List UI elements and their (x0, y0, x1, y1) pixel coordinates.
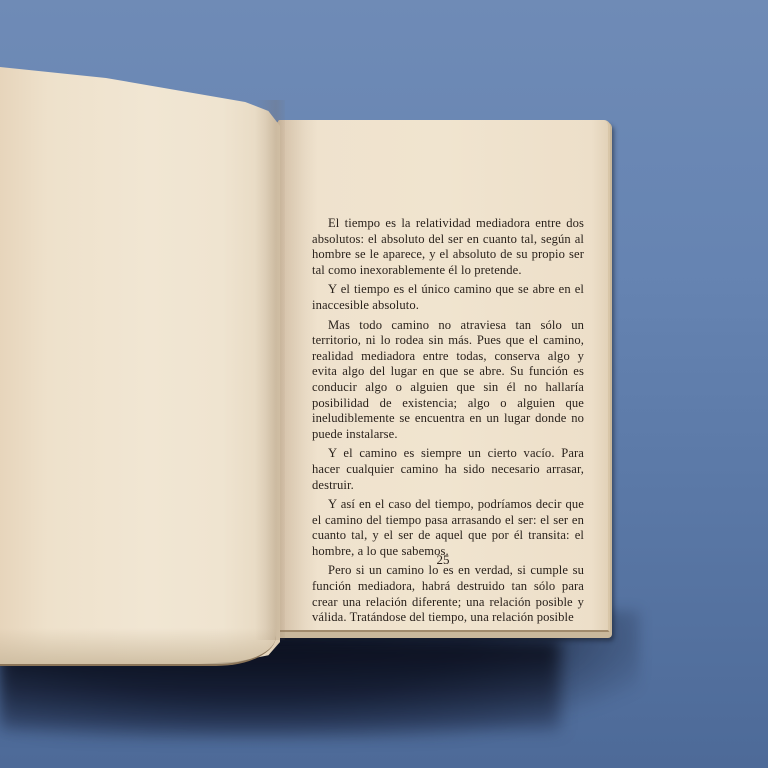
left-page-curling (0, 66, 280, 666)
paragraph: Mas todo camino no atraviesa tan sólo un… (312, 318, 584, 443)
paragraph: Y así en el caso del tiempo, podríamos d… (312, 497, 584, 559)
paragraph: Pero si un camino lo es en verdad, si cu… (312, 563, 584, 625)
gutter-shadow (255, 100, 285, 640)
paragraph: Y el tiempo es el único camino que se ab… (312, 282, 584, 313)
left-page-bottom-edge (0, 628, 276, 666)
page-number: 25 (278, 552, 608, 568)
paragraph: Y el camino es siempre un cierto vacío. … (312, 446, 584, 493)
right-page: El tiempo es la relatividad mediadora en… (278, 120, 610, 632)
paragraph: El tiempo es la relatividad mediadora en… (312, 216, 584, 278)
